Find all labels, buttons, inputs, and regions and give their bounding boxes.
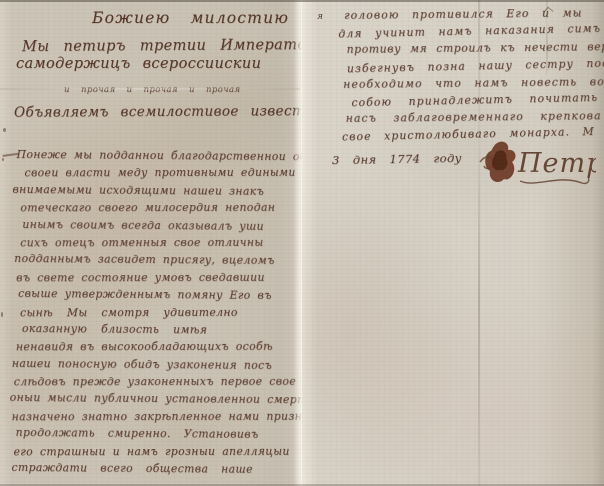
manuscript-header-line: самодержицъ всероссиискии <box>16 56 261 72</box>
manuscript-line: назначено знатно закрѣпленное нами призн… <box>12 410 302 428</box>
manuscript-header-line: и прочая и прочая и прочая <box>64 85 240 95</box>
manuscript-line: внимаемыми исходящими нашеи знакъ <box>12 183 302 203</box>
fold-crease-horizontal <box>0 88 300 90</box>
manuscript-photo: Божиею милостию Мы петиръ третии Императ… <box>0 0 604 486</box>
photo-edge <box>0 0 604 2</box>
ink-speck <box>1 312 3 317</box>
left-page: Божиею милостию Мы петиръ третии Императ… <box>0 0 302 486</box>
signature-petr: Петр. <box>478 136 596 196</box>
manuscript-line: въ свете состояние умовъ сведавшии <box>16 271 302 289</box>
manuscript-line: инымъ своимъ всегда оказывалъ уши <box>22 218 302 238</box>
manuscript-line: ненавидя въ высокообладающихъ особѣ <box>16 340 302 358</box>
left-page-body: Понеже мы подданнои благодарственнои об … <box>0 148 303 479</box>
fold-crease-vertical <box>478 0 480 486</box>
manuscript-line: сынѣ Мы смотря удивително <box>20 305 302 323</box>
manuscript-title-line: Божиею милостию <box>92 9 289 27</box>
manuscript-line: подданнымъ засвидет присягу, вцеломъ <box>14 252 302 272</box>
manuscript-line: оказанную близость имѣя <box>22 322 302 342</box>
right-page-body: головою противился Его и мы для учинит н… <box>318 6 604 148</box>
manuscript-line: сихъ отецъ отменныя свое отличны <box>20 236 302 254</box>
manuscript-line: нашеи поносную обидъ узаконения посъ <box>12 357 302 377</box>
ink-speck <box>2 158 4 161</box>
manuscript-line: его страшныи и намъ грозныи апелляцыи <box>13 444 301 462</box>
manuscript-line: слѣдовъ прежде узаконенныхъ первое свое <box>14 375 302 393</box>
manuscript-line: свыше утвержденнымъ помяну Его въ <box>18 287 302 307</box>
date-line: 3 дня 1774 году <box>332 151 462 167</box>
ink-speck <box>3 128 6 132</box>
manuscript-line: Понеже мы подданнои благодарственнои об <box>16 148 302 168</box>
manuscript-line: страждати всего общества наше <box>11 461 301 481</box>
manuscript-line: продолжать смиренно. Установивъ <box>16 426 302 446</box>
signature-text: Петр. <box>517 148 596 179</box>
manuscript-line: отеческаго своего милосердия неподан <box>20 201 302 219</box>
manuscript-line: оныи мысли публичнои установленнои смерт… <box>10 391 302 411</box>
manuscript-header-line: Объявляемъ всемилостивое известие <box>14 103 323 121</box>
manuscript-line: своеи власти меду противными едиными <box>24 166 302 184</box>
